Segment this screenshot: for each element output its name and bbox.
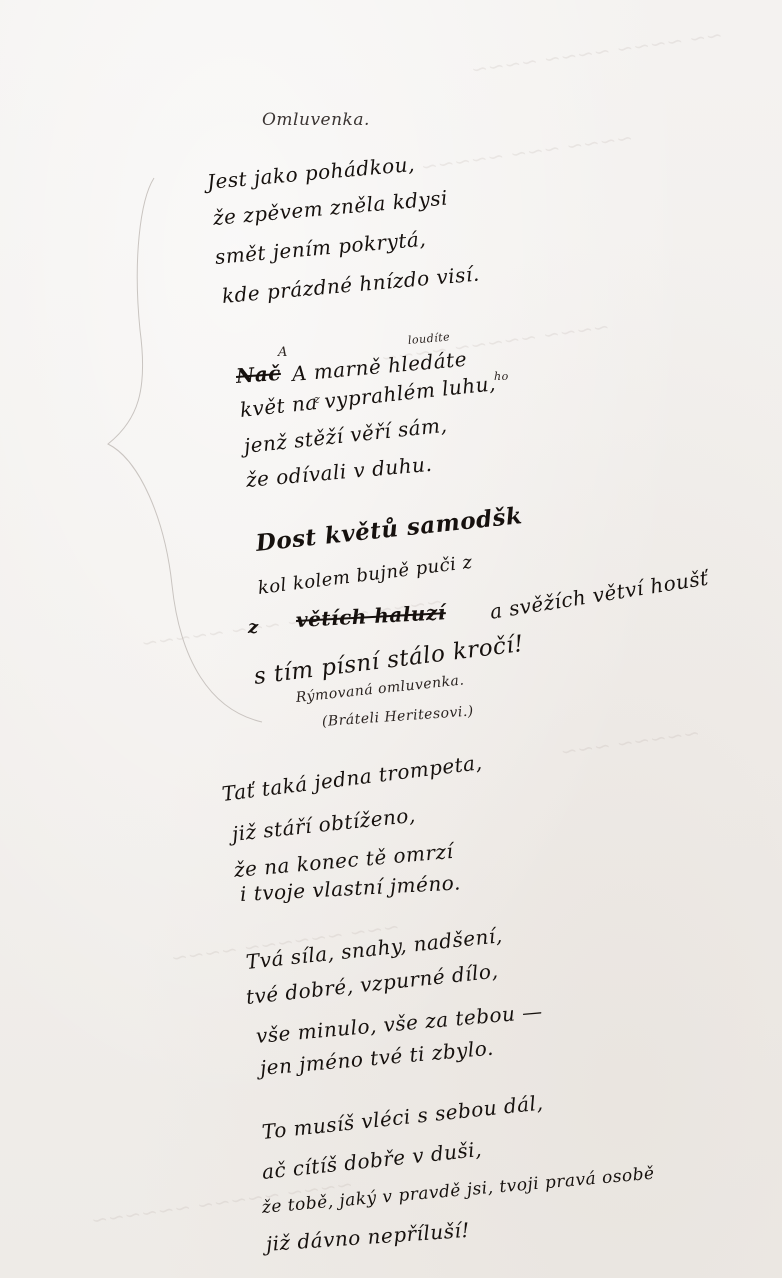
inserted-word: A [278,345,288,360]
struck-word: Nač [235,361,281,388]
poem-title: Omluvenka. [262,110,370,130]
interlinear-correction: ho [494,370,509,383]
struck-prefix: z [248,617,259,638]
